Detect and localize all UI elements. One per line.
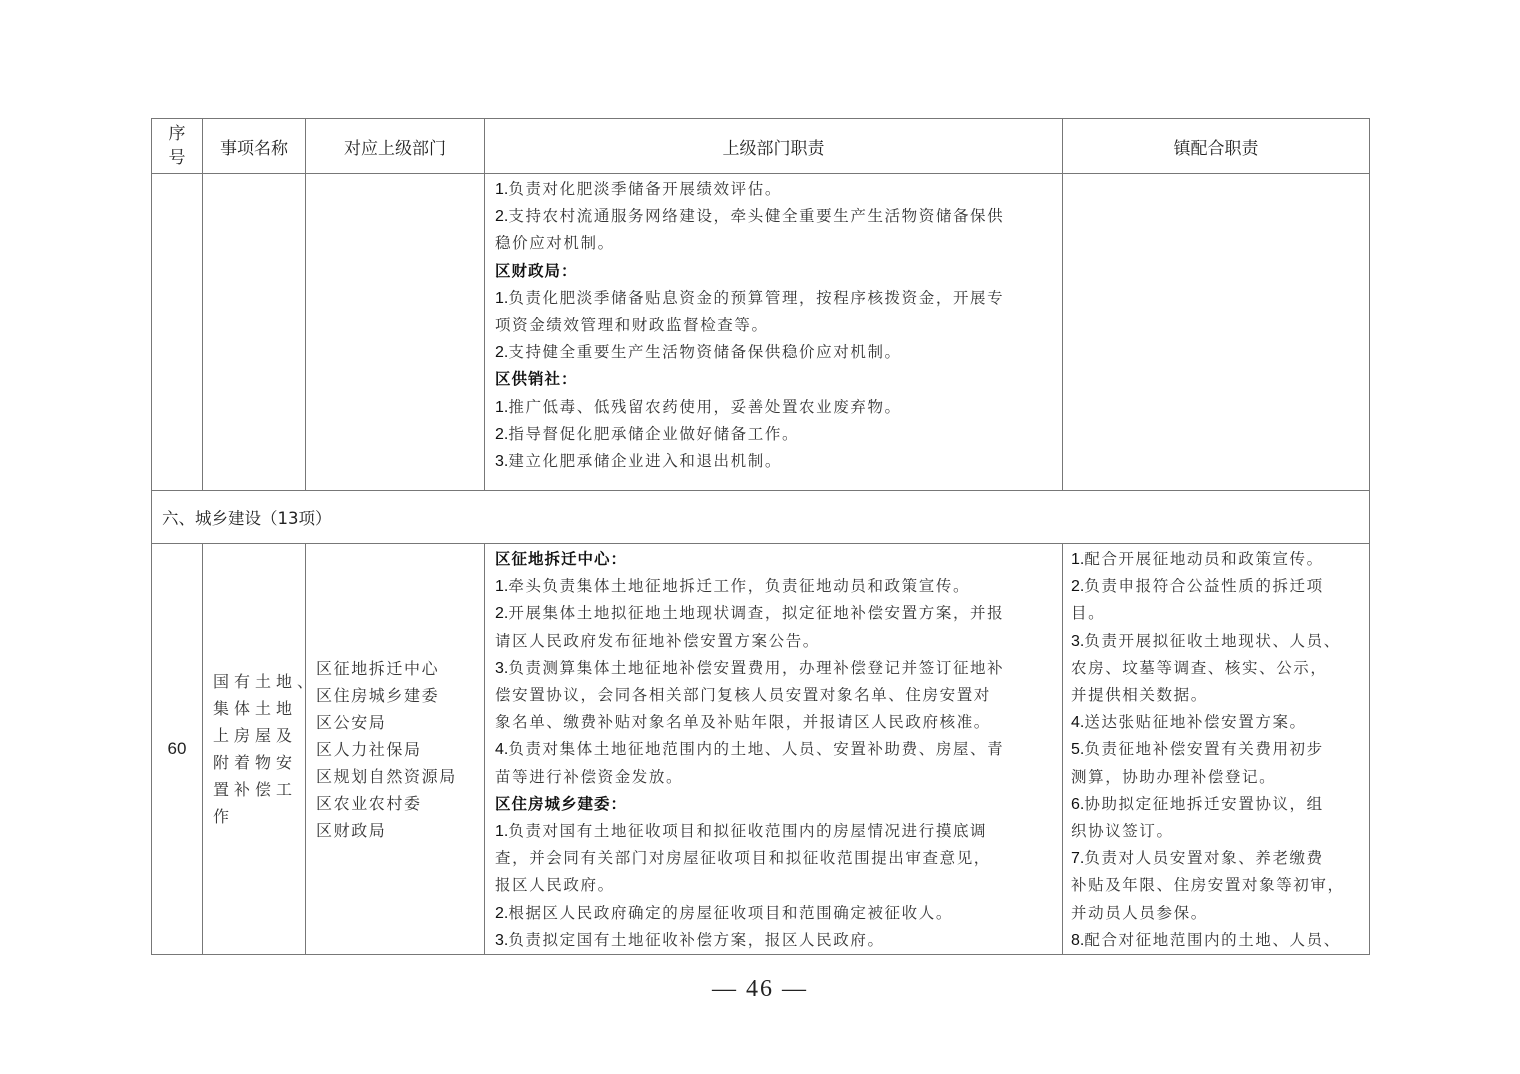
duty-number: 1. (495, 823, 508, 840)
duty-text: 象名单、缴费补贴对象名单及补贴年限，并报请区人民政府核准。 (495, 713, 991, 731)
upper-duties-text: 区征地拆迁中心：1.牵头负责集体土地征地拆迁工作，负责征地动员和政策宣传。2.开… (485, 544, 1062, 954)
upper-duties-cell: 1.负责对化肥淡季储备开展绩效评估。2.支持农村流通服务网络建设，牵头健全重要生… (485, 174, 1063, 491)
duty-text: 送达张贴征地补偿安置方案。 (1084, 713, 1306, 731)
duty-number: 1. (495, 181, 508, 198)
duty-text: 报区人民政府。 (495, 876, 615, 894)
duty-number: 2. (495, 605, 508, 622)
duty-line: 3.负责拟定国有土地征收补偿方案，报区人民政府。 (495, 927, 1054, 954)
duty-line: 7.负责对人员安置对象、养老缴费 (1071, 845, 1365, 872)
upper-dept-cell: 区征地拆迁中心区住房城乡建委区公安局区人力社保局区规划自然资源局区农业农村委区财… (306, 544, 485, 955)
duty-line: 报区人民政府。 (495, 872, 1054, 899)
duty-line: 4.送达张贴征地补偿安置方案。 (1071, 709, 1365, 736)
dept-cell-empty (306, 174, 485, 491)
dept-list-item: 区征地拆迁中心 (316, 655, 480, 682)
duty-text: 负责对集体土地征地范围内的土地、人员、安置补助费、房屋、青 (508, 740, 1004, 758)
duty-number: 1. (495, 578, 508, 595)
table-row-60: 60 国有土地、集体土地上房屋及附着物安置补偿工作 区征地拆迁中心区住房城乡建委… (152, 544, 1370, 955)
duty-text: 负责开展拟征收土地现状、人员、 (1084, 632, 1341, 650)
dept-list-item: 区财政局 (316, 817, 480, 844)
duty-line: 6.协助拟定征地拆迁安置协议，组 (1071, 791, 1365, 818)
section-title: 六、城乡建设（13项） (152, 491, 1370, 544)
header-seq-line2: 号 (152, 146, 202, 170)
duty-number: 1. (495, 290, 508, 307)
duty-number: 2. (495, 905, 508, 922)
duty-line: 目。 (1071, 600, 1365, 627)
duty-line: 3.负责开展拟征收土地现状、人员、 (1071, 628, 1365, 655)
item-name-line: 附着物安 (213, 749, 299, 776)
town-duties-text: 1.配合开展征地动员和政策宣传。2.负责申报符合公益性质的拆迁项目。3.负责开展… (1063, 544, 1369, 954)
item-name-line: 上房屋及 (213, 722, 299, 749)
duty-text: 负责对化肥淡季储备开展绩效评估。 (508, 180, 782, 198)
item-name-line: 国有土地、 (213, 668, 299, 695)
duty-line: 并动员人员参保。 (1071, 900, 1365, 927)
duty-text: 负责征地补偿安置有关费用初步 (1084, 740, 1323, 758)
duty-text: 苗等进行补偿资金发放。 (495, 768, 683, 786)
item-name-line: 作 (213, 803, 299, 830)
duty-number: 2. (495, 426, 508, 443)
duty-text: 并提供相关数据。 (1071, 686, 1208, 704)
duty-text: 指导督促化肥承储企业做好储备工作。 (508, 425, 799, 443)
name-cell-empty (203, 174, 306, 491)
duty-number: 7. (1071, 850, 1084, 867)
duty-text: 并动员人员参保。 (1071, 904, 1208, 922)
section-row: 六、城乡建设（13项） (152, 491, 1370, 544)
dept-list-item: 区规划自然资源局 (316, 763, 480, 790)
duty-text: 负责拟定国有土地征收补偿方案，报区人民政府。 (508, 931, 884, 949)
item-name-cell: 国有土地、集体土地上房屋及附着物安置补偿工作 (203, 544, 306, 955)
page-number: — 46 — (0, 976, 1520, 1003)
duty-number: 6. (1071, 796, 1084, 813)
item-name-line: 集体土地 (213, 695, 299, 722)
duty-line: 织协议签订。 (1071, 818, 1365, 845)
upper-duties-text: 1.负责对化肥淡季储备开展绩效评估。2.支持农村流通服务网络建设，牵头健全重要生… (485, 174, 1062, 475)
seq-cell: 60 (152, 544, 203, 955)
duty-text: 支持健全重要生产生活物资储备保供稳价应对机制。 (508, 343, 901, 361)
header-town-duties: 镇配合职责 (1063, 119, 1370, 174)
duty-text: 建立化肥承储企业进入和退出机制。 (508, 452, 782, 470)
duty-line: 1.牵头负责集体土地征地拆迁工作，负责征地动员和政策宣传。 (495, 573, 1054, 600)
header-upper-duties: 上级部门职责 (485, 119, 1063, 174)
duty-text: 目。 (1071, 604, 1105, 622)
dept-list-item: 区公安局 (316, 709, 480, 736)
dept-heading: 区住房城乡建委： (495, 791, 1054, 818)
duty-line: 1.负责对国有土地征收项目和拟征收范围内的房屋情况进行摸底调 (495, 818, 1054, 845)
duty-number: 3. (495, 453, 508, 470)
dept-list-item: 区住房城乡建委 (316, 682, 480, 709)
duty-line: 1.配合开展征地动员和政策宣传。 (1071, 546, 1365, 573)
dept-heading: 区征地拆迁中心： (495, 546, 1054, 573)
duty-line: 5.负责征地补偿安置有关费用初步 (1071, 736, 1365, 763)
duty-text: 负责对国有土地征收项目和拟征收范围内的房屋情况进行摸底调 (508, 822, 987, 840)
header-item-name: 事项名称 (203, 119, 306, 174)
duty-text: 负责测算集体土地征地补偿安置费用，办理补偿登记并签订征地补 (508, 659, 1004, 677)
duty-line: 2.根据区人民政府确定的房屋征收项目和范围确定被征收人。 (495, 900, 1054, 927)
table-header-row: 序 号 事项名称 对应上级部门 上级部门职责 镇配合职责 (152, 119, 1370, 174)
duty-line: 农房、坟墓等调查、核实、公示， (1071, 655, 1365, 682)
duty-text: 补贴及年限、住房安置对象等初审， (1071, 876, 1345, 894)
duty-line: 象名单、缴费补贴对象名单及补贴年限，并报请区人民政府核准。 (495, 709, 1054, 736)
duty-text: 稳价应对机制。 (495, 234, 615, 252)
duty-number: 1. (495, 399, 508, 416)
dept-list-item: 区人力社保局 (316, 736, 480, 763)
duty-text: 项资金绩效管理和财政监督检查等。 (495, 316, 769, 334)
duty-line: 苗等进行补偿资金发放。 (495, 764, 1054, 791)
duty-text: 支持农村流通服务网络建设，牵头健全重要生产生活物资储备保供 (508, 207, 1004, 225)
duty-line: 2.开展集体土地拟征地土地现状调查，拟定征地补偿安置方案，并报 (495, 600, 1054, 627)
duty-line: 8.配合对征地范围内的土地、人员、 (1071, 927, 1365, 954)
duty-text: 负责对人员安置对象、养老缴费 (1084, 849, 1323, 867)
duty-line: 请区人民政府发布征地补偿安置方案公告。 (495, 628, 1054, 655)
duty-text: 协助拟定征地拆迁安置协议，组 (1084, 795, 1323, 813)
seq-cell-empty (152, 174, 203, 491)
duty-text: 牵头负责集体土地征地拆迁工作，负责征地动员和政策宣传。 (508, 577, 970, 595)
duty-text: 根据区人民政府确定的房屋征收项目和范围确定被征收人。 (508, 904, 953, 922)
duty-line: 测算，协助办理补偿登记。 (1071, 764, 1365, 791)
duty-text: 测算，协助办理补偿登记。 (1071, 768, 1276, 786)
duty-number: 1. (1071, 551, 1084, 568)
duty-line: 查，并会同有关部门对房屋征收项目和拟征收范围提出审查意见， (495, 845, 1054, 872)
duty-text: 偿安置协议，会同各相关部门复核人员安置对象名单、住房安置对 (495, 686, 991, 704)
header-seq: 序 号 (152, 119, 203, 174)
duty-text: 开展集体土地拟征地土地现状调查，拟定征地补偿安置方案，并报 (508, 604, 1004, 622)
town-duties-cell: 1.配合开展征地动员和政策宣传。2.负责申报符合公益性质的拆迁项目。3.负责开展… (1063, 544, 1370, 955)
duty-text: 织协议签订。 (1071, 822, 1174, 840)
duty-number: 4. (495, 741, 508, 758)
duty-text: 推广低毒、低残留农药使用，妥善处置农业废弃物。 (508, 398, 901, 416)
dept-heading: 区供销社： (495, 366, 1054, 393)
item-name-line: 置补偿工 (213, 776, 299, 803)
duty-line: 1.推广低毒、低残留农药使用，妥善处置农业废弃物。 (495, 394, 1054, 421)
duty-text: 配合开展征地动员和政策宣传。 (1084, 550, 1323, 568)
duty-number: 2. (495, 208, 508, 225)
dept-heading: 区财政局： (495, 258, 1054, 285)
duty-line: 补贴及年限、住房安置对象等初审， (1071, 872, 1365, 899)
upper-duties-cell: 区征地拆迁中心：1.牵头负责集体土地征地拆迁工作，负责征地动员和政策宣传。2.开… (485, 544, 1063, 955)
duty-text: 查，并会同有关部门对房屋征收项目和拟征收范围提出审查意见， (495, 849, 991, 867)
duty-line: 2.支持农村流通服务网络建设，牵头健全重要生产生活物资储备保供 (495, 203, 1054, 230)
duty-line: 偿安置协议，会同各相关部门复核人员安置对象名单、住房安置对 (495, 682, 1054, 709)
duty-line: 2.负责申报符合公益性质的拆迁项 (1071, 573, 1365, 600)
duty-line: 2.指导督促化肥承储企业做好储备工作。 (495, 421, 1054, 448)
upper-dept-list: 区征地拆迁中心区住房城乡建委区公安局区人力社保局区规划自然资源局区农业农村委区财… (306, 655, 484, 844)
duty-text: 农房、坟墓等调查、核实、公示， (1071, 659, 1328, 677)
duty-number: 2. (495, 344, 508, 361)
duty-number: 4. (1071, 714, 1084, 731)
duty-number: 3. (1071, 633, 1084, 650)
duty-line: 4.负责对集体土地征地范围内的土地、人员、安置补助费、房屋、青 (495, 736, 1054, 763)
duty-line: 2.支持健全重要生产生活物资储备保供稳价应对机制。 (495, 339, 1054, 366)
duty-text: 负责申报符合公益性质的拆迁项 (1084, 577, 1323, 595)
duty-text: 配合对征地范围内的土地、人员、 (1084, 931, 1341, 949)
duty-number: 3. (495, 660, 508, 677)
duties-table: 序 号 事项名称 对应上级部门 上级部门职责 镇配合职责 1.负责对化肥淡季储备… (151, 118, 1370, 955)
header-upper-dept: 对应上级部门 (306, 119, 485, 174)
duty-line: 1.负责对化肥淡季储备开展绩效评估。 (495, 176, 1054, 203)
duty-number: 8. (1071, 932, 1084, 949)
duty-line: 3.负责测算集体土地征地补偿安置费用，办理补偿登记并签订征地补 (495, 655, 1054, 682)
duty-number: 3. (495, 932, 508, 949)
duty-text: 请区人民政府发布征地补偿安置方案公告。 (495, 632, 820, 650)
header-seq-line1: 序 (152, 122, 202, 146)
duty-line: 1.负责化肥淡季储备贴息资金的预算管理，按程序核拨资金，开展专 (495, 285, 1054, 312)
duty-number: 2. (1071, 578, 1084, 595)
duty-number: 5. (1071, 741, 1084, 758)
duty-line: 并提供相关数据。 (1071, 682, 1365, 709)
duty-line: 稳价应对机制。 (495, 230, 1054, 257)
duty-line: 项资金绩效管理和财政监督检查等。 (495, 312, 1054, 339)
town-duties-cell-empty (1063, 174, 1370, 491)
duty-text: 负责化肥淡季储备贴息资金的预算管理，按程序核拨资金，开展专 (508, 289, 1004, 307)
table-row-continued: 1.负责对化肥淡季储备开展绩效评估。2.支持农村流通服务网络建设，牵头健全重要生… (152, 174, 1370, 491)
duty-line: 3.建立化肥承储企业进入和退出机制。 (495, 448, 1054, 475)
dept-list-item: 区农业农村委 (316, 790, 480, 817)
item-name-text: 国有土地、集体土地上房屋及附着物安置补偿工作 (203, 668, 305, 830)
